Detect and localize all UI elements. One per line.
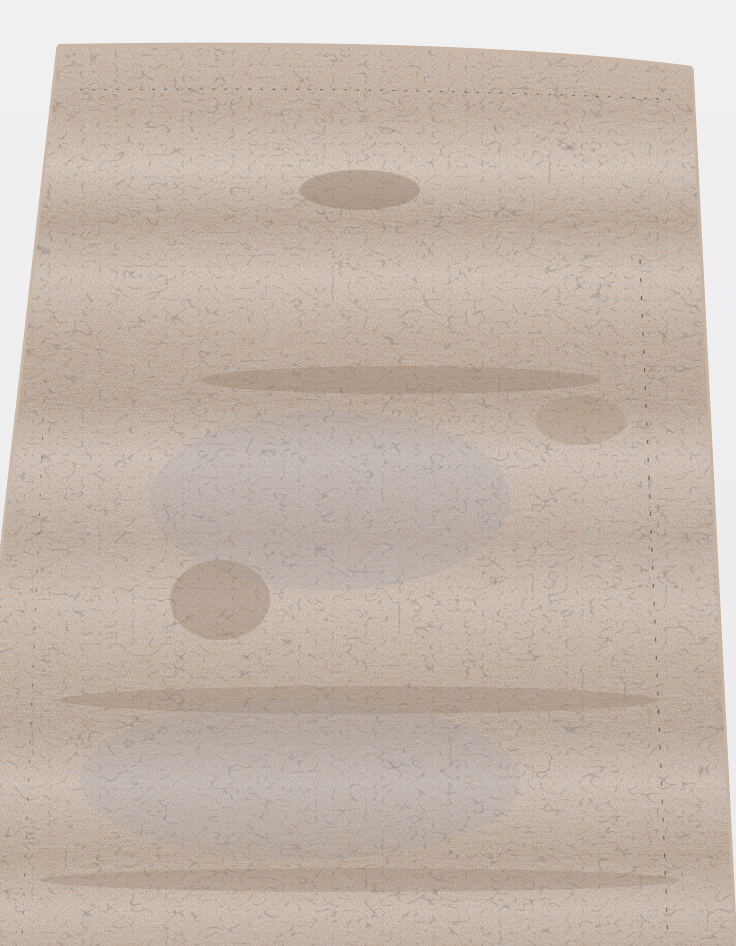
rug-surface [0,40,736,946]
rug-photo [0,0,736,946]
